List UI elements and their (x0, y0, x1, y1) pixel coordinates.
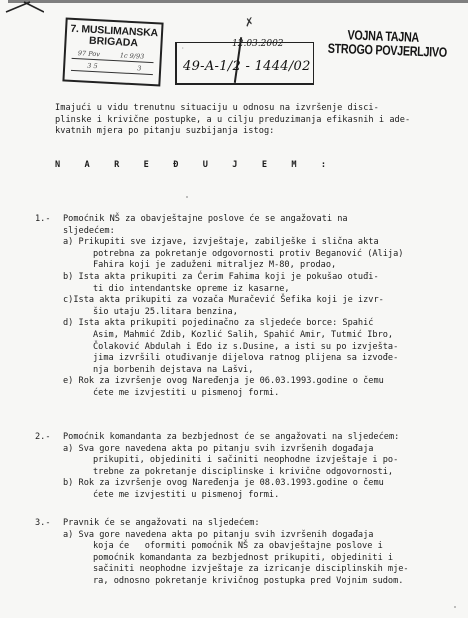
scan-speck (186, 196, 188, 198)
intro-line: kvatnih mjera po pitanju suzbijanja isto… (55, 126, 465, 138)
brigade-stamp-handwritten-left: 97 Pov (78, 49, 100, 58)
item-label: c) (63, 295, 73, 305)
item-text: Čolaković Abdulah i Edo iz s.Dusine, a i… (35, 342, 465, 354)
scribble-mark-icon: ✗ (243, 13, 255, 30)
item-text: trebne za pokretanje disciplinske i kriv… (35, 467, 465, 479)
brigade-stamp-handwritten-row2-right: 3 (137, 64, 142, 72)
brigade-stamp-handwritten-right: 1c 9/93 (120, 51, 145, 60)
order-section-2: 2.-Pomoćnik komandanta za bezbjednost će… (35, 432, 465, 502)
item-text: Ista akta prikupiti pojedinačno za sljed… (79, 318, 374, 328)
item-text: ra, odnosno pokretanje krivičnog postupk… (35, 576, 465, 588)
archive-date: 12.03.2002 (232, 39, 284, 49)
item-text: ćete me izvjestiti u pismenoj formi. (35, 388, 465, 400)
scan-top-edge (8, 0, 468, 3)
item-text: potrebna za pokretanje odgovornosti prot… (35, 249, 465, 261)
item-text: Ista akta prikupiti za Ćerim Fahima koji… (79, 272, 379, 282)
archive-registration-stamp: · 12.03.2002 49-A-1/2 - 1444/02 (175, 42, 314, 85)
item-text: koja će oformiti pomoćnik NŠ za obavješt… (35, 541, 465, 553)
intro-paragraph: Imajući u vidu trenutnu situaciju u odno… (55, 103, 465, 138)
item-label: d) (63, 318, 73, 328)
item-text: Sva gore navedena akta po pitanju svih i… (79, 444, 374, 454)
section-text: Pomoćnik komandanta za bezbjednost će se… (63, 432, 399, 442)
item-text: Rok za izvršenje ovog Naređenja je 06.03… (79, 376, 384, 386)
item-label: a) (63, 530, 73, 540)
brigade-stamp-handwritten-row2-left: 3 5 (87, 62, 98, 71)
item-text: šio utaju 25.litara benzina, (35, 307, 465, 319)
intro-line: Imajući u vidu trenutnu situaciju u odno… (55, 103, 465, 115)
document-body: Imajući u vidu trenutnu situaciju u odno… (55, 103, 465, 171)
section-text: sljedećem: (35, 226, 465, 238)
item-text: sačiniti neophodne izvještaje za izrican… (35, 564, 465, 576)
intro-line: plinske i krivične postupke, a u cilju p… (55, 115, 465, 127)
brigade-stamp: 7. MUSLIMANSKA BRIGADA 97 Pov 1c 9/93 3 … (62, 17, 163, 86)
archive-number: 49-A-1/2 - 1444/02 (183, 59, 311, 74)
item-text: pomoćnik komandanta za bezbjednost priku… (35, 553, 465, 565)
item-label: a) (63, 444, 73, 454)
item-text: prikupiti, objediniti i sačiniti neophod… (35, 455, 465, 467)
section-number: 2.- (35, 432, 63, 444)
section-number: 3.- (35, 518, 63, 530)
item-label: b) (63, 272, 73, 282)
item-label: a) (63, 237, 73, 247)
classification-stamp: VOJNA TAJNA STROGO POVJERLJIVO (328, 28, 459, 61)
item-text: Sva gore navedena akta po pitanju svih i… (79, 530, 374, 540)
item-text: Prikupiti sve izjave, izvještaje, zabilj… (79, 237, 379, 247)
item-text: ćete me izvjestiti u pismenoj formi. (35, 490, 465, 502)
section-number: 1.- (35, 214, 63, 226)
item-text: nja borbenih dejstava na Lašvi, (35, 365, 465, 377)
scan-speck (454, 606, 456, 608)
classification-line-2: STROGO POVJERLJIVO (328, 42, 432, 60)
item-label: b) (63, 478, 73, 488)
item-text: Rok za izvršenje ovog Naređenja je 08.03… (79, 478, 384, 488)
order-section-1: 1.-Pomoćnik NŠ za obavještajne poslove ć… (35, 214, 465, 400)
item-text: jima izvršili otuđivanje dijelova ratnog… (35, 353, 465, 365)
item-text: ti dio intendantske opreme iz kasarne, (35, 284, 465, 296)
corner-cross-mark-icon (4, 0, 44, 14)
stamp-faint-mark: · (181, 45, 185, 52)
item-text: Asim, Mahmić Zdib, Kozlić Salih, Spahić … (35, 330, 465, 342)
order-section-3: 3.-Pravnik će se angažovati na sljedećem… (35, 518, 465, 588)
item-label: e) (63, 376, 73, 386)
section-text: Pravnik će se angažovati na sljedećem: (63, 518, 260, 528)
section-text: Pomoćnik NŠ za obavještajne poslove će s… (63, 214, 348, 224)
item-text: Fahira koji je zaduženi mitraljez M-80, … (35, 260, 465, 272)
order-heading: N A R E Đ U J E M : (55, 160, 465, 172)
item-text: Ista akta prikupiti za vozača Muračević … (73, 295, 383, 305)
